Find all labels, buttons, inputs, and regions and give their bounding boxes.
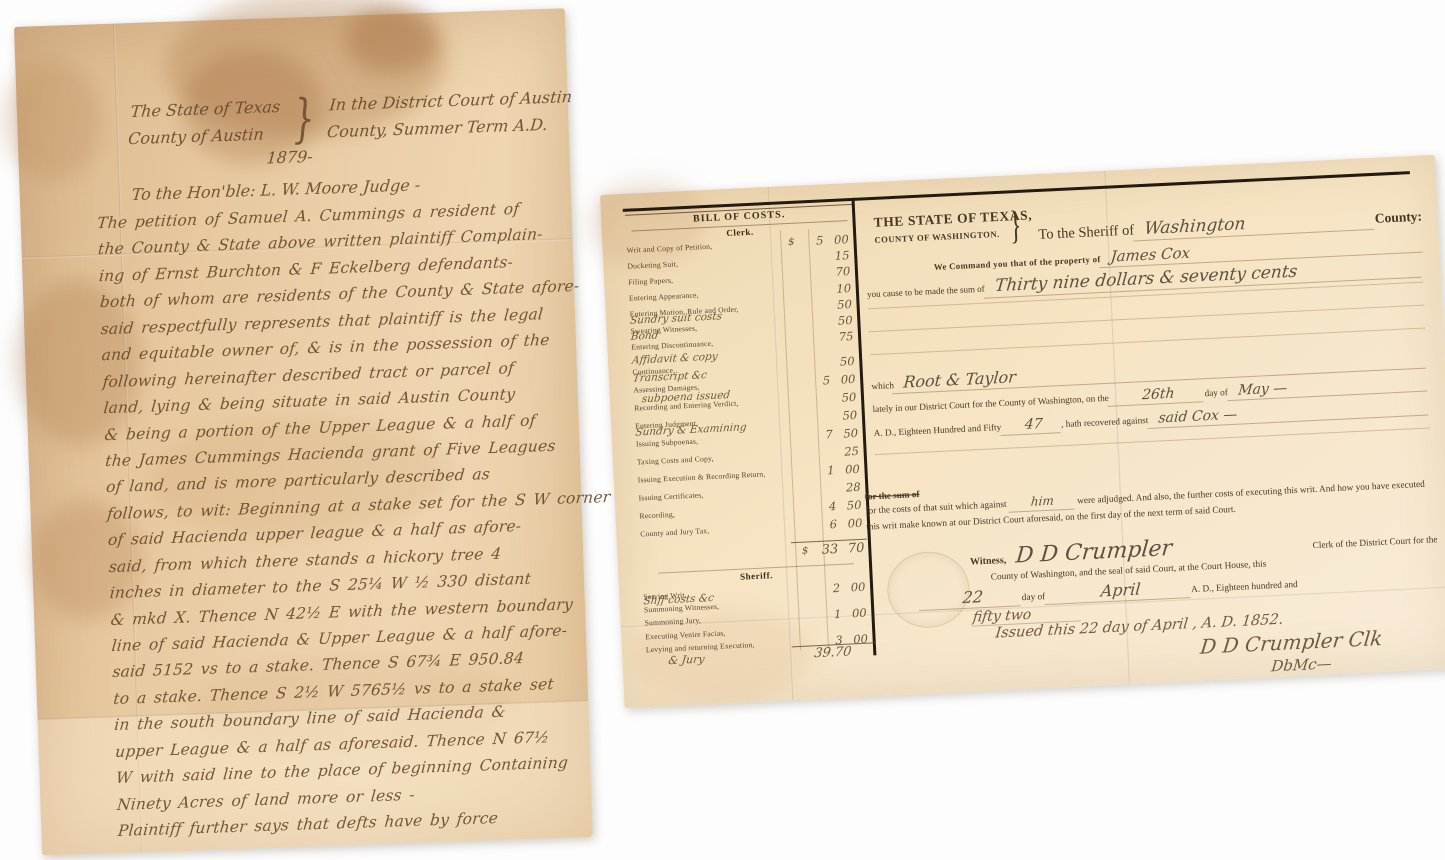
salutation-line: To the Hon'ble: L. W. Moore Judge - xyxy=(131,175,421,204)
clerk-signature: D D Crumpler Clk xyxy=(1199,626,1384,659)
case-caption: The State of Texas County of Austin } In… xyxy=(128,80,571,155)
manuscript-text: The State of Texas County of Austin } In… xyxy=(14,8,593,855)
blank-rule xyxy=(869,305,1424,333)
caption-court-line: County, Summer Term A.D. xyxy=(326,114,570,141)
printed-text: for the costs of that suit which against xyxy=(865,500,1007,517)
writ-body: THE STATE OF TEXAS, COUNTY OF WASHINGTON… xyxy=(600,155,1445,709)
printed-text: County: xyxy=(1374,209,1422,227)
printed-text: lately in our District Court for the Cou… xyxy=(872,393,1109,414)
fill-month: May — xyxy=(1227,373,1429,401)
fill-witness-month: April xyxy=(1044,577,1192,605)
printed-text: We Command you that of the property of xyxy=(934,254,1101,272)
photo-canvas: The State of Texas County of Austin } In… xyxy=(0,0,1445,860)
printed-text: you cause to be made the sum of xyxy=(867,284,985,300)
printed-text: To the Sheriff of xyxy=(1038,222,1134,244)
printed-text: day of xyxy=(1204,387,1228,398)
caption-court-line: In the District Court of Austin xyxy=(329,87,573,114)
fill-year: 47 xyxy=(1000,415,1062,436)
printed-text: day of xyxy=(1022,592,1046,603)
printed-text: Witness, xyxy=(970,555,1007,568)
writ-document: BILL OF COSTS. Clerk. Writ and Copy of P… xyxy=(600,155,1445,709)
embossed-seal xyxy=(886,550,972,630)
petition-document: The State of Texas County of Austin } In… xyxy=(14,8,593,855)
signature-paraph: DbMc— xyxy=(1270,654,1332,675)
printed-text: which xyxy=(871,380,894,391)
printed-text: , hath recovered against xyxy=(1061,415,1149,429)
printed-text: Clerk of the District Court for the xyxy=(1312,535,1437,551)
printed-text: A. D., Eighteen Hundred and Fifty xyxy=(874,422,1002,438)
caption-party-line: The State of Texas xyxy=(130,97,281,121)
printed-text: A. D., Eighteen hundred and xyxy=(1191,580,1298,595)
brace-glyph: } xyxy=(1009,201,1023,248)
fill-day: 26th xyxy=(1108,384,1206,407)
petition-body: The petition of Samuel A. Cummings a res… xyxy=(96,199,576,849)
caption-year: 1879- xyxy=(266,147,314,168)
caption-party-line: County of Austin xyxy=(127,124,278,148)
fill-against-whom: him xyxy=(1008,493,1075,513)
brace-glyph: } xyxy=(292,89,316,150)
